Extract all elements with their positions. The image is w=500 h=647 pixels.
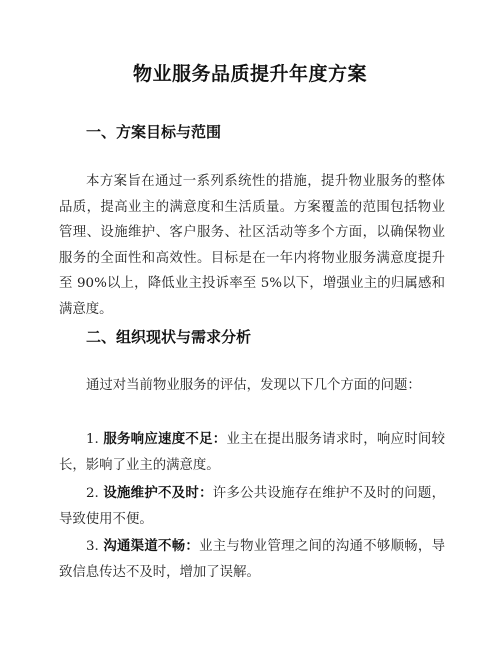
section-intro-analysis: 通过对当前物业服务的评估，发现以下几个方面的问题：: [59, 373, 445, 399]
list-item: 2. 设施维护不及时：许多公共设施存在维护不及时的问题，导致使用不便。: [59, 481, 445, 532]
list-item-number: 3.: [86, 539, 99, 554]
document-title: 物业服务品质提升年度方案: [0, 61, 500, 87]
list-item: 3. 沟通渠道不畅：业主与物业管理之间的沟通不够顺畅，导致信息传达不及时，增加了…: [59, 534, 445, 585]
list-item-label: 沟通渠道不畅：: [103, 539, 199, 554]
list-item-label: 设施维护不及时：: [103, 486, 212, 501]
list-item-number: 2.: [86, 486, 99, 501]
section-paragraph-goals: 本方案旨在通过一系列系统性的措施，提升物业服务的整体品质，提高业主的满意度和生活…: [59, 169, 445, 322]
list-item-label: 服务响应速度不足：: [103, 432, 226, 447]
section-heading-analysis: 二、组织现状与需求分析: [86, 327, 251, 347]
document-page: 物业服务品质提升年度方案 一、方案目标与范围 本方案旨在通过一系列系统性的措施，…: [0, 0, 500, 647]
list-item: 1. 服务响应速度不足：业主在提出服务请求时，响应时间较长，影响了业主的满意度。: [59, 427, 445, 478]
section-heading-goals: 一、方案目标与范围: [86, 122, 221, 142]
list-item-number: 1.: [86, 432, 99, 447]
